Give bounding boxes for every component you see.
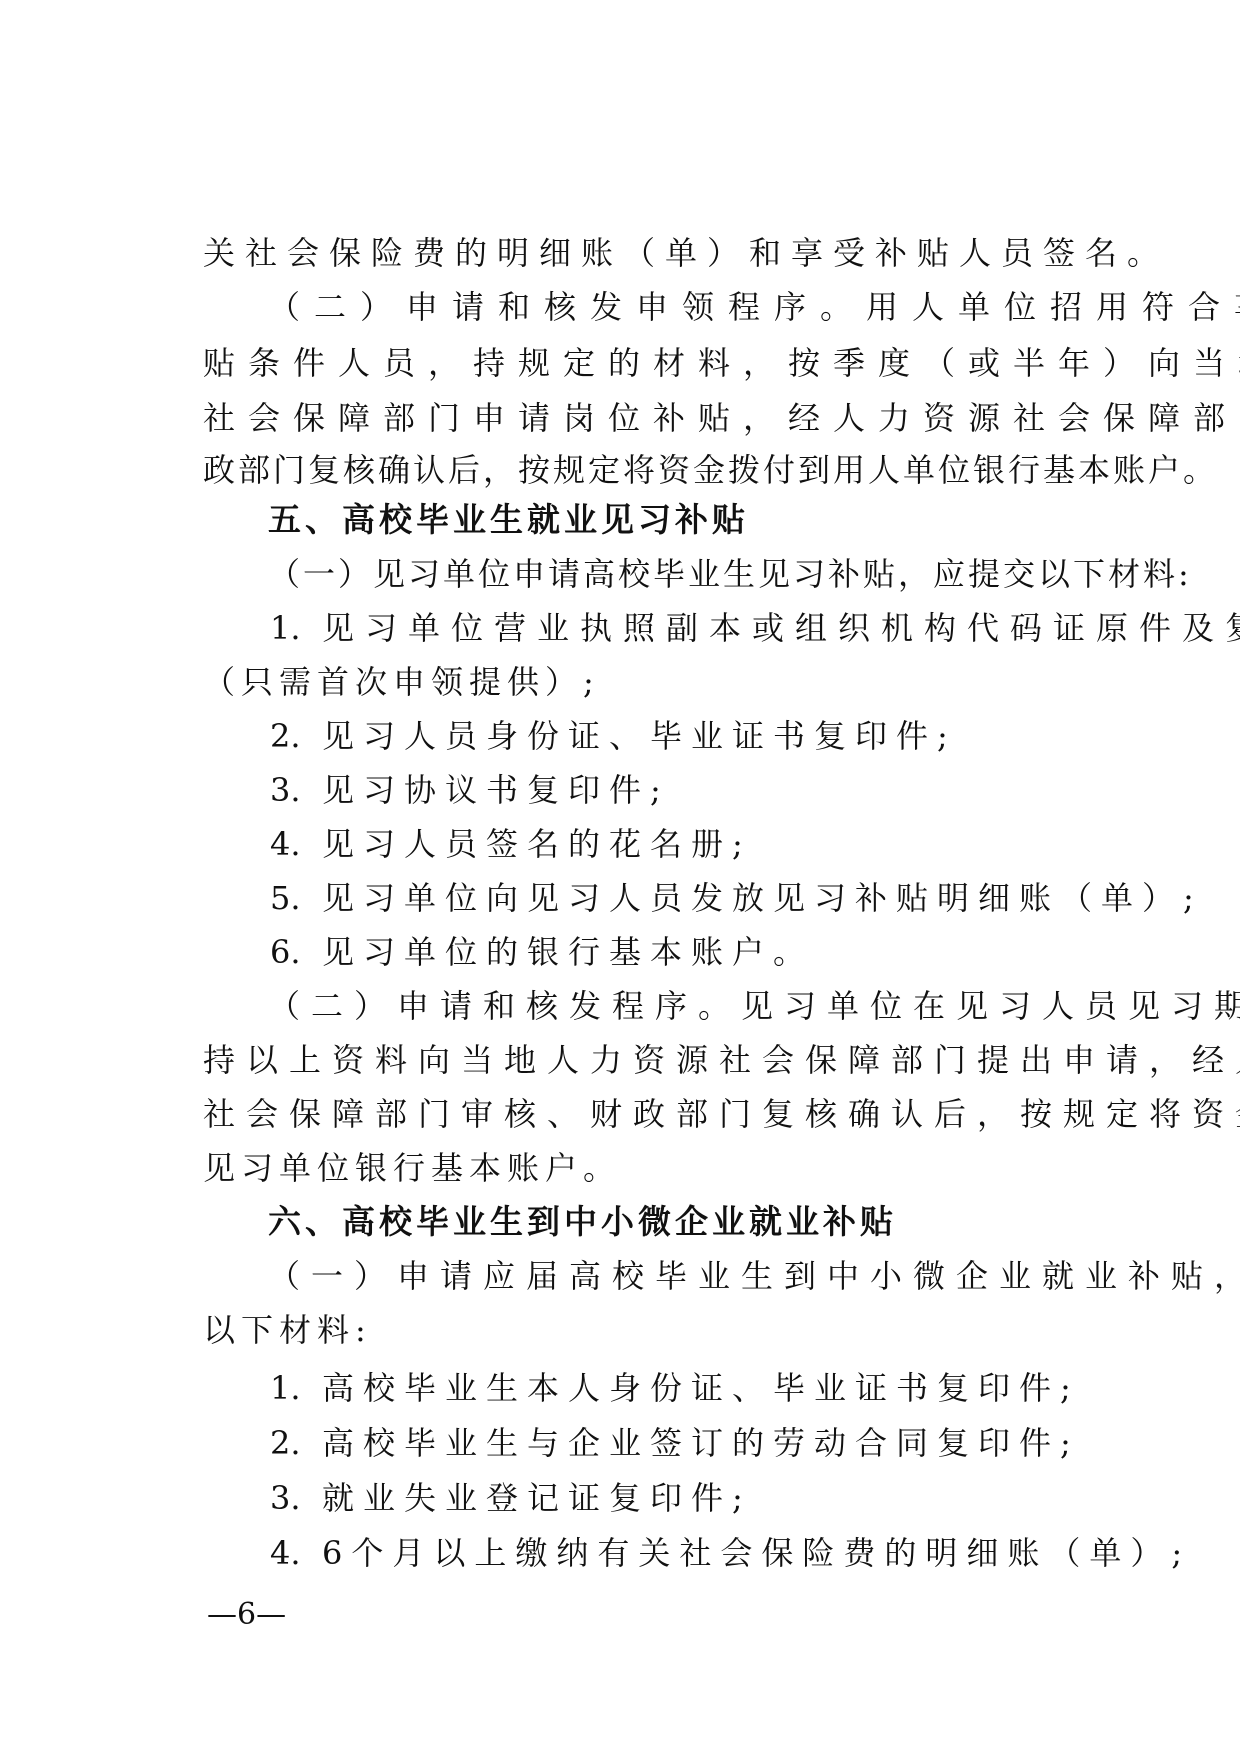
list-number: 4.: [270, 1526, 322, 1580]
list-text: 见习单位向见习人员发放见习补贴明细账（单）;: [322, 879, 1203, 917]
section-heading-5: 五、高校毕业生就业见习补贴: [268, 493, 749, 547]
list-number: 1.: [270, 601, 322, 655]
list-item: 4.6个月以上缴纳有关社会保险费的明细账（单）;: [270, 1526, 1191, 1580]
list-item: 5.见习单位向见习人员发放见习补贴明细账（单）;: [270, 871, 1203, 925]
paragraph-line: 持以上资料向当地人力资源社会保障部门提出申请，经人力资源: [203, 1033, 1113, 1087]
list-number: 4.: [270, 817, 322, 871]
list-number: 6.: [270, 925, 322, 979]
paragraph-line: （二）申请和核发程序。见习单位在见习人员见习期满后，: [268, 979, 1113, 1033]
paragraph-line: 以下材料:: [203, 1303, 1113, 1357]
document-page: 关社会保险费的明细账（单）和享受补贴人员签名。 （二）申请和核发申领程序。用人单…: [0, 0, 1240, 1754]
list-text: 见习人员签名的花名册;: [322, 825, 752, 863]
paragraph-line: 关社会保险费的明细账（单）和享受补贴人员签名。: [203, 226, 1113, 280]
paragraph-line: 见习单位银行基本账户。: [203, 1141, 1113, 1195]
list-text: 高校毕业生与企业签订的劳动合同复印件;: [322, 1424, 1080, 1462]
list-text: 见习单位的银行基本账户。: [322, 933, 814, 971]
paragraph-line: 贴条件人员，持规定的材料，按季度（或半年）向当地人力资源: [203, 336, 1113, 390]
list-text: 见习人员身份证、毕业证书复印件;: [322, 717, 957, 755]
list-number: 3.: [270, 763, 322, 817]
list-item: 2.高校毕业生与企业签订的劳动合同复印件;: [270, 1416, 1080, 1470]
list-number: 5.: [270, 871, 322, 925]
paragraph-line: （二）申请和核发申领程序。用人单位招用符合享受岗位补: [268, 280, 1113, 334]
paragraph-line: 社会保障部门审核、财政部门复核确认后，按规定将资金拨付到: [203, 1087, 1113, 1141]
paragraph-line: 社会保障部门申请岗位补贴，经人力资源社会保障部门审核、财: [203, 391, 1113, 445]
section-heading-6: 六、高校毕业生到中小微企业就业补贴: [268, 1195, 897, 1249]
list-text: 6个月以上缴纳有关社会保险费的明细账（单）;: [322, 1534, 1191, 1572]
list-number: 3.: [270, 1471, 322, 1525]
list-item: 1.见习单位营业执照副本或组织机构代码证原件及复印件: [270, 601, 1240, 655]
paragraph-line: 政部门复核确认后，按规定将资金拨付到用人单位银行基本账户。: [203, 443, 1113, 497]
list-text: 高校毕业生本人身份证、毕业证书复印件;: [322, 1369, 1080, 1407]
list-text: 见习单位营业执照副本或组织机构代码证原件及复印件: [322, 609, 1240, 647]
paragraph-line: （一）见习单位申请高校毕业生见习补贴，应提交以下材料:: [268, 547, 1113, 601]
list-item: 3.就业失业登记证复印件;: [270, 1471, 752, 1525]
list-item: 3.见习协议书复印件;: [270, 763, 670, 817]
list-item: 1.高校毕业生本人身份证、毕业证书复印件;: [270, 1361, 1080, 1415]
list-number: 2.: [270, 709, 322, 763]
list-number: 2.: [270, 1416, 322, 1470]
list-item: 2.见习人员身份证、毕业证书复印件;: [270, 709, 957, 763]
paragraph-line: （一）申请应届高校毕业生到中小微企业就业补贴，应提交: [268, 1249, 1113, 1303]
list-number: 1.: [270, 1361, 322, 1415]
list-text: 见习协议书复印件;: [322, 771, 670, 809]
page-number: —6—: [207, 1598, 286, 1632]
list-item-continuation: （只需首次申领提供）;: [203, 655, 1113, 709]
list-item: 4.见习人员签名的花名册;: [270, 817, 752, 871]
list-item: 6.见习单位的银行基本账户。: [270, 925, 814, 979]
list-text: 就业失业登记证复印件;: [322, 1479, 752, 1517]
